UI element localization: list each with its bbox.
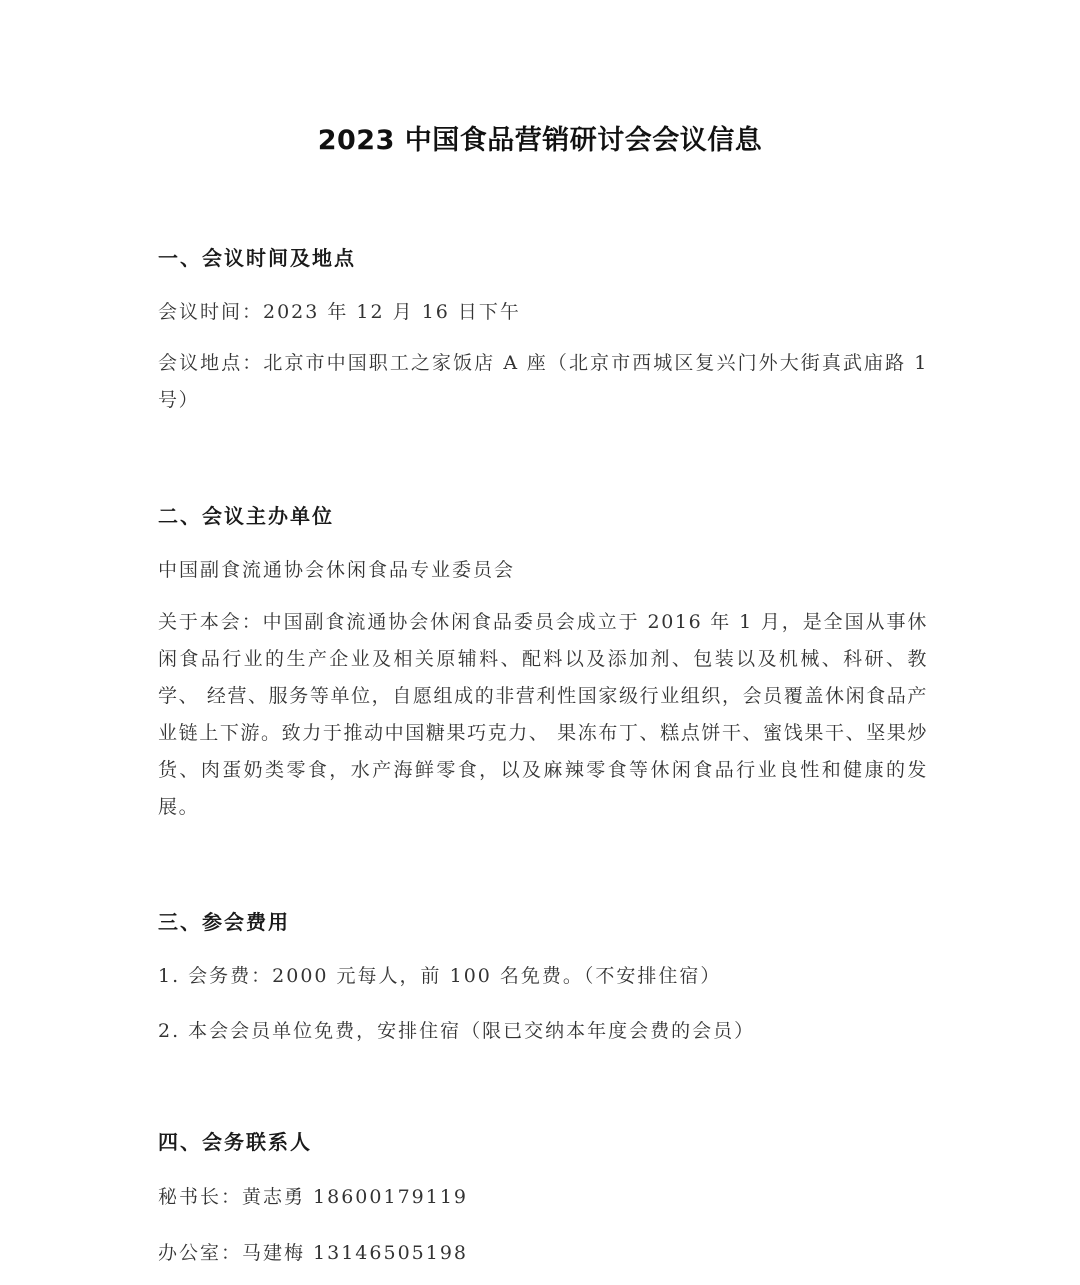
organizer-name: 中国副食流通协会休闲食品专业委员会	[158, 555, 515, 582]
organizer-about-text: 关于本会：中国副食流通协会休闲食品委员会成立于 2016 年 1 月，是全国从事…	[158, 604, 928, 826]
contact-office: 办公室：马建梅 13146505198	[158, 1238, 468, 1265]
meeting-location-text: 会议地点：北京市中国职工之家饭店 A 座（北京市西城区复兴门外大街真武庙路 1 …	[158, 345, 928, 419]
document-title: 2023 中国食品营销研讨会会议信息	[0, 118, 1080, 157]
fee-item-2: 2. 本会会员单位免费，安排住宿（限已交纳本年度会费的会员）	[158, 1016, 755, 1043]
contact-secretary-general: 秘书长：黄志勇 18600179119	[158, 1182, 468, 1209]
meeting-time: 会议时间：2023 年 12 月 16 日下午	[158, 297, 521, 324]
meeting-location: 会议地点：北京市中国职工之家饭店 A 座（北京市西城区复兴门外大街真武庙路 1 …	[158, 345, 928, 419]
document-page: 2023 中国食品营销研讨会会议信息 一、会议时间及地点 会议时间：2023 年…	[0, 0, 1080, 1285]
section-heading-contacts: 四、会务联系人	[158, 1126, 312, 1155]
section-heading-fees: 三、参会费用	[158, 906, 290, 935]
organizer-about: 关于本会：中国副食流通协会休闲食品委员会成立于 2016 年 1 月，是全国从事…	[158, 604, 928, 826]
fee-item-1: 1. 会务费：2000 元每人，前 100 名免费。（不安排住宿）	[158, 961, 721, 988]
section-heading-organizer: 二、会议主办单位	[158, 500, 334, 529]
section-heading-time-location: 一、会议时间及地点	[158, 242, 356, 271]
